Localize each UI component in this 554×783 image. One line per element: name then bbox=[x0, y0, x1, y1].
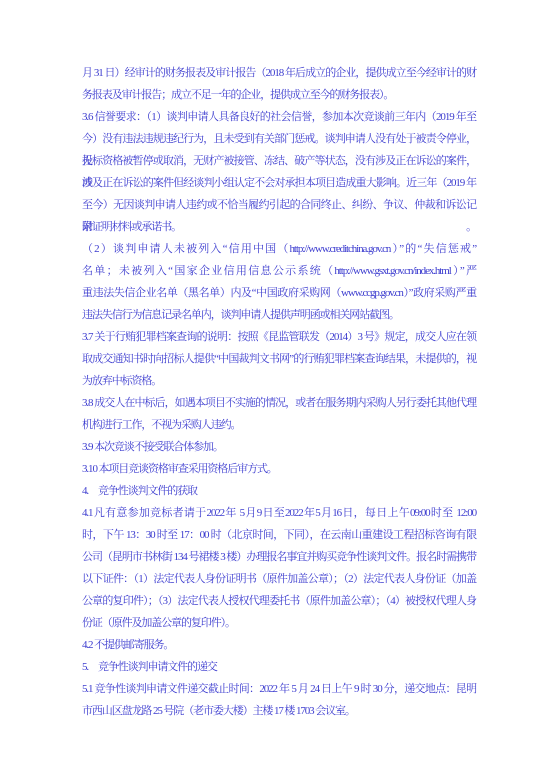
document-line: 公司（昆明市书林街 134 号裙楼 3 楼）办理报名事宜并购买竞争性谈判文件。报… bbox=[82, 546, 476, 568]
document-line: 3.6 信誉要求：（1）谈判申请人具备良好的社会信誉，参加本次竞谈前三年内（20… bbox=[82, 106, 476, 128]
document-line: 以下证件：（1）法定代表人身份证明书（原件加盖公章）；（2）法定代表人身份证（加… bbox=[82, 568, 476, 590]
document-line: 今）没有违法违规违纪行为，且未受到有关部门惩戒。谈判申请人没有处于被责令停业，无 bbox=[82, 128, 476, 150]
document-line: 至今）无因谈判申请人违约或不恰当履约引起的合同终止、纠纷、争议、仲裁和诉讼记录。 bbox=[82, 194, 476, 216]
document-line: 4. 竞争性谈判文件的获取 bbox=[82, 480, 476, 502]
document-line: 投标资格被暂停或取消，无财产被接管、冻结、破产等状态，没有涉及正在诉讼的案件，或 bbox=[82, 150, 476, 172]
document-line: 名单；未被列入“国家企业信用信息公示系统（http://www.gsxt.gov… bbox=[82, 260, 476, 282]
document-line: 时，下午 13：30 时至 17：00 时（北京时间，下同），在云南山重建设工程… bbox=[82, 524, 476, 546]
document-line: 份证（原件及加盖公章的复印件）。 bbox=[82, 612, 476, 634]
document-line: 市西山区盘龙路 25 号院（老市委大楼）主楼 17 楼 1703 会议室。 bbox=[82, 700, 476, 722]
document-line: 违法失信行为信息记录名单内，谈判申请人提供声明函或相关网站截图。 bbox=[82, 304, 476, 326]
document-line: 5.1 竞争性谈判申请文件递交截止时间：2022 年 5 月 24 日上午 9 … bbox=[82, 678, 476, 700]
document-line: 公章的复印件）；（3）法定代表人授权代理委托书（原件加盖公章）；（4）被授权代理… bbox=[82, 590, 476, 612]
document-line: 月 31 日）经审计的财务报表及审计报告（2018 年后成立的企业，提供成立至今… bbox=[82, 62, 476, 84]
document-line: 取成交通知书时向招标人提供“中国裁判文书网”的行贿犯罪档案查询结果，未提供的，视 bbox=[82, 348, 476, 370]
document-line: 涉及正在诉讼的案件但经谈判小组认定不会对承担本项目造成重大影响。近三年（2019… bbox=[82, 172, 476, 194]
document-line: 5. 竞争性谈判申请文件的递交 bbox=[82, 656, 476, 678]
document-line: （2）谈判申请人未被列入“信用中国（http://www.creditchina… bbox=[82, 238, 476, 260]
document-line: 为放弃中标资格。 bbox=[82, 370, 476, 392]
document-line: 重违法失信企业名单（黑名单）内及“中国政府采购网（www.ccgp.gov.cn… bbox=[82, 282, 476, 304]
document-line: 3.8 成交人在中标后，如遇本项目不实施的情况，或者在服务期内采购人另行委托其他… bbox=[82, 392, 476, 414]
document-page: 月 31 日）经审计的财务报表及审计报告（2018 年后成立的企业，提供成立至今… bbox=[82, 62, 476, 722]
document-line: 机构进行工作，不视为采购人违约。 bbox=[82, 414, 476, 436]
document-line: 3.9 本次竞谈不接受联合体参加。 bbox=[82, 436, 476, 458]
document-line: 4.2 不提供邮寄服务。 bbox=[82, 634, 476, 656]
document-line: 3.7 关于行贿犯罪档案查询的说明：按照《昆监管联发（2014）3 号》规定，成… bbox=[82, 326, 476, 348]
document-line: 3.10 本项目竞谈资格审查采用资格后审方式。 bbox=[82, 458, 476, 480]
document-line: 4.1凡有意参加竞标者请于2022年 5月9日至2022年5月16日，每日上午0… bbox=[82, 502, 476, 524]
document-line: 务报表及审计报告；成立不足一年的企业，提供成立至今的财务报表）。 bbox=[82, 84, 476, 106]
